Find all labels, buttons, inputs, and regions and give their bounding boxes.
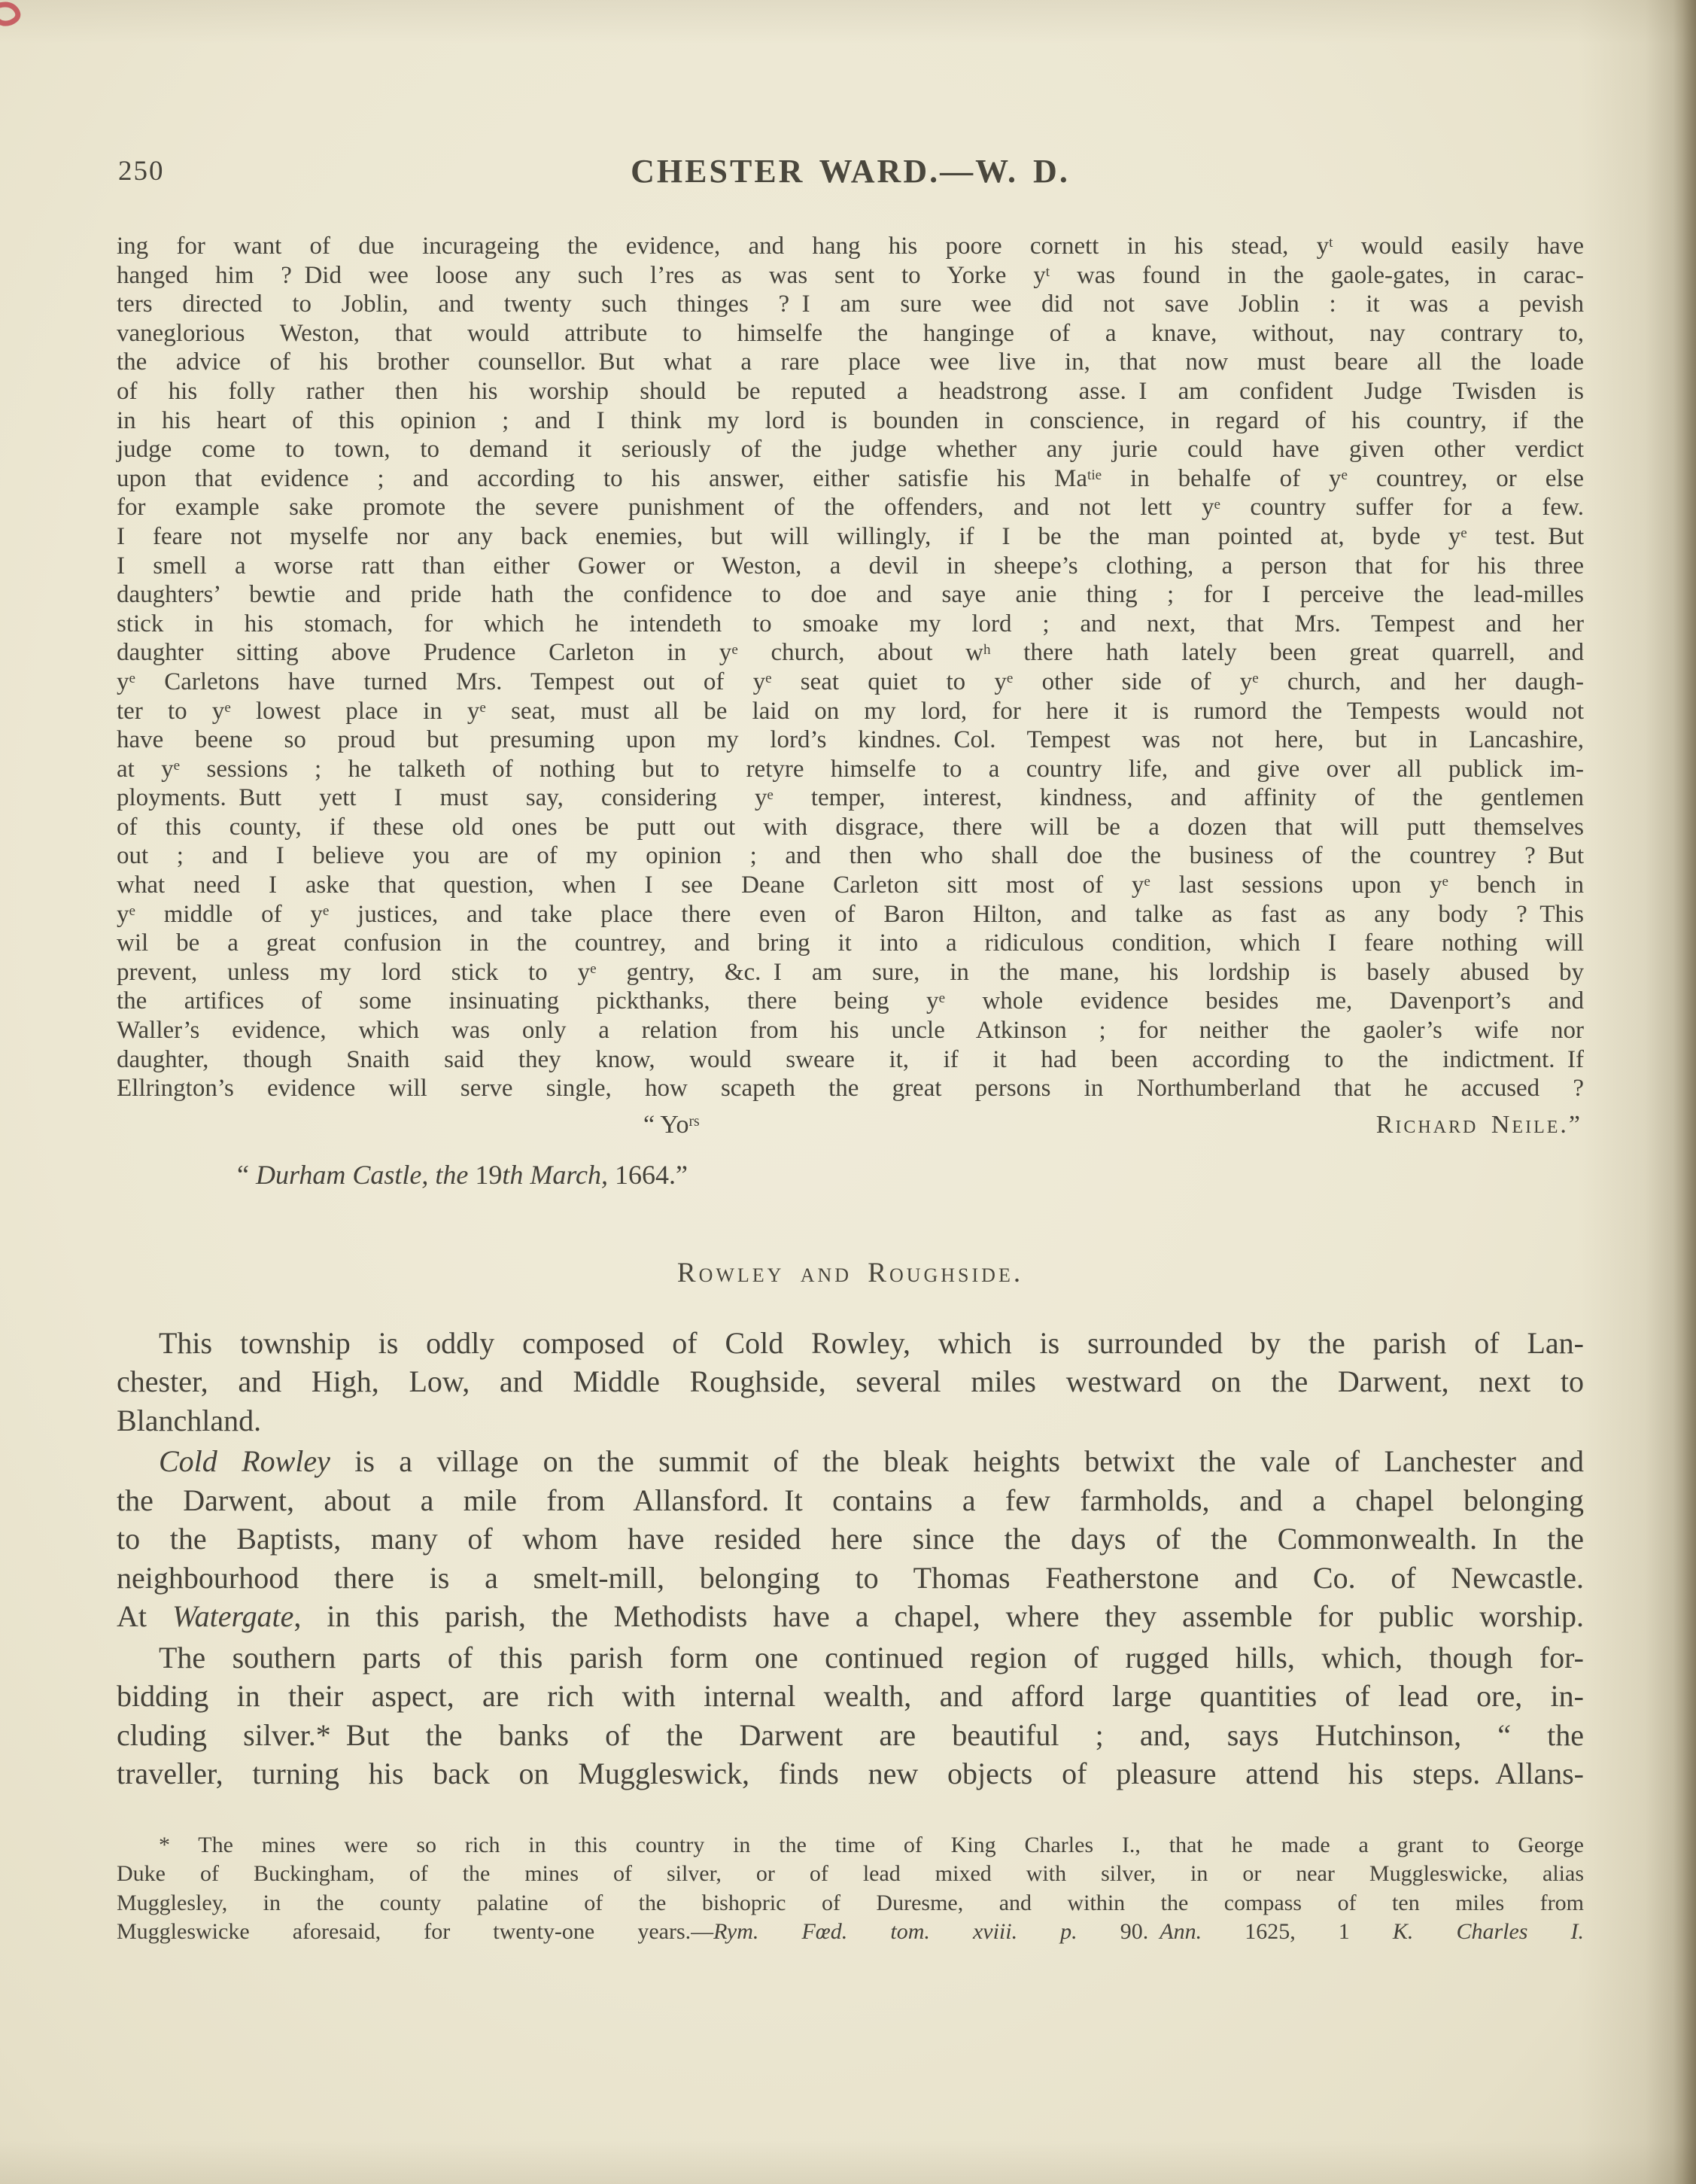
letter-body: ing for want of due incurageing the evid… — [117, 232, 1584, 1103]
text-line: The southern parts of this parish form o… — [117, 1638, 1584, 1678]
text-line: chester, and High, Low, and Middle Rough… — [117, 1362, 1584, 1401]
text-line: At Watergate, in this parish, the Method… — [117, 1597, 1584, 1636]
text-line: daughter sitting above Prudence Carleton… — [117, 638, 1584, 668]
page-content: 250 CHESTER WARD.—W. D. ing for want of … — [117, 0, 1584, 1947]
book-page: 250 CHESTER WARD.—W. D. ing for want of … — [0, 0, 1696, 2184]
footnote: * The mines were so rich in this country… — [117, 1831, 1584, 1947]
township-description: This township is oddly composed of Cold … — [117, 1324, 1584, 1793]
text-line: have beene so proud but presuming upon m… — [117, 725, 1584, 755]
text-line: of his folly rather then his worship sho… — [117, 377, 1584, 406]
red-corner-mark — [0, 0, 45, 35]
page-edge-shadow — [1673, 0, 1696, 2184]
text-line: of this county, if these old ones be put… — [117, 813, 1584, 842]
text-line: upon that evidence ; and according to hi… — [117, 464, 1584, 494]
text-line: traveller, turning his back on Muggleswi… — [117, 1754, 1584, 1793]
text-line: ye middle of ye justices, and take place… — [117, 900, 1584, 929]
text-line: to the Baptists, many of whom have resid… — [117, 1519, 1584, 1559]
text-line: Waller’s evidence, which was only a rela… — [117, 1016, 1584, 1045]
text-line: neighbourhood there is a smelt-mill, bel… — [117, 1559, 1584, 1598]
text-line: in his heart of this opinion ; and I thi… — [117, 406, 1584, 436]
letter-salutation: “ Yors — [643, 1111, 700, 1139]
text-line: I feare not myselfe nor any back enemies… — [117, 522, 1584, 552]
text-line: Duke of Buckingham, of the mines of silv… — [117, 1860, 1584, 1889]
text-line: for example sake promote the severe puni… — [117, 493, 1584, 522]
text-line: Blanchland. — [117, 1401, 1584, 1440]
text-line: what need I aske that question, when I s… — [117, 871, 1584, 900]
text-line: daughters’ bewtie and pride hath the con… — [117, 580, 1584, 610]
text-line: stick in his stomach, for which he inten… — [117, 610, 1584, 639]
township-paragraph-3: The southern parts of this parish form o… — [117, 1638, 1584, 1793]
text-line: prevent, unless my lord stick to ye gent… — [117, 958, 1584, 987]
text-line: cluding silver.* But the banks of the Da… — [117, 1716, 1584, 1755]
text-line: daughter, though Snaith said they know, … — [117, 1045, 1584, 1075]
letter-signature-name: Richard Neile.” — [1376, 1111, 1582, 1139]
text-line: ing for want of due incurageing the evid… — [117, 232, 1584, 261]
text-line: ye Carletons have turned Mrs. Tempest ou… — [117, 668, 1584, 697]
text-line: bidding in their aspect, are rich with i… — [117, 1677, 1584, 1716]
running-header-title: CHESTER WARD.—W. D. — [117, 152, 1584, 190]
text-line: I smell a worse ratt than either Gower o… — [117, 552, 1584, 581]
text-line: hanged him ? Did wee loose any such l’re… — [117, 261, 1584, 290]
text-line: Muggleswicke aforesaid, for twenty-one y… — [117, 1918, 1584, 1947]
township-paragraph-1: This township is oddly composed of Cold … — [117, 1324, 1584, 1440]
text-line: the Darwent, about a mile from Allansfor… — [117, 1481, 1584, 1520]
text-line: This township is oddly composed of Cold … — [117, 1324, 1584, 1363]
text-line: wil be a great confusion in the countrey… — [117, 929, 1584, 958]
text-line: ter to ye lowest place in ye seat, must … — [117, 697, 1584, 726]
text-line: Mugglesley, in the county palatine of th… — [117, 1889, 1584, 1918]
text-line: judge come to town, to demand it serious… — [117, 435, 1584, 464]
page-header: 250 CHESTER WARD.—W. D. — [117, 152, 1584, 191]
section-heading: Rowley and Roughside. — [117, 1257, 1584, 1289]
letter-dateline: “ Durham Castle, the 19th March, 1664.” — [237, 1159, 1584, 1191]
township-paragraph-2: Cold Rowley is a village on the summit o… — [117, 1442, 1584, 1636]
text-line: vaneglorious Weston, that would attribut… — [117, 319, 1584, 348]
text-line: Cold Rowley is a village on the summit o… — [117, 1442, 1584, 1481]
text-line: the artifices of some insinuating pickth… — [117, 987, 1584, 1016]
text-line: * The mines were so rich in this country… — [117, 1831, 1584, 1860]
text-line: out ; and I believe you are of my opinio… — [117, 841, 1584, 871]
text-line: ters directed to Joblin, and twenty such… — [117, 290, 1584, 319]
text-line: at ye sessions ; he talketh of nothing b… — [117, 755, 1584, 784]
letter-signature-row: “ Yors Richard Neile.” — [117, 1111, 1584, 1145]
text-line: Ellrington’s evidence will serve single,… — [117, 1074, 1584, 1103]
text-line: the advice of his brother counsellor. Bu… — [117, 348, 1584, 377]
text-line: ployments. Butt yett I must say, conside… — [117, 783, 1584, 813]
